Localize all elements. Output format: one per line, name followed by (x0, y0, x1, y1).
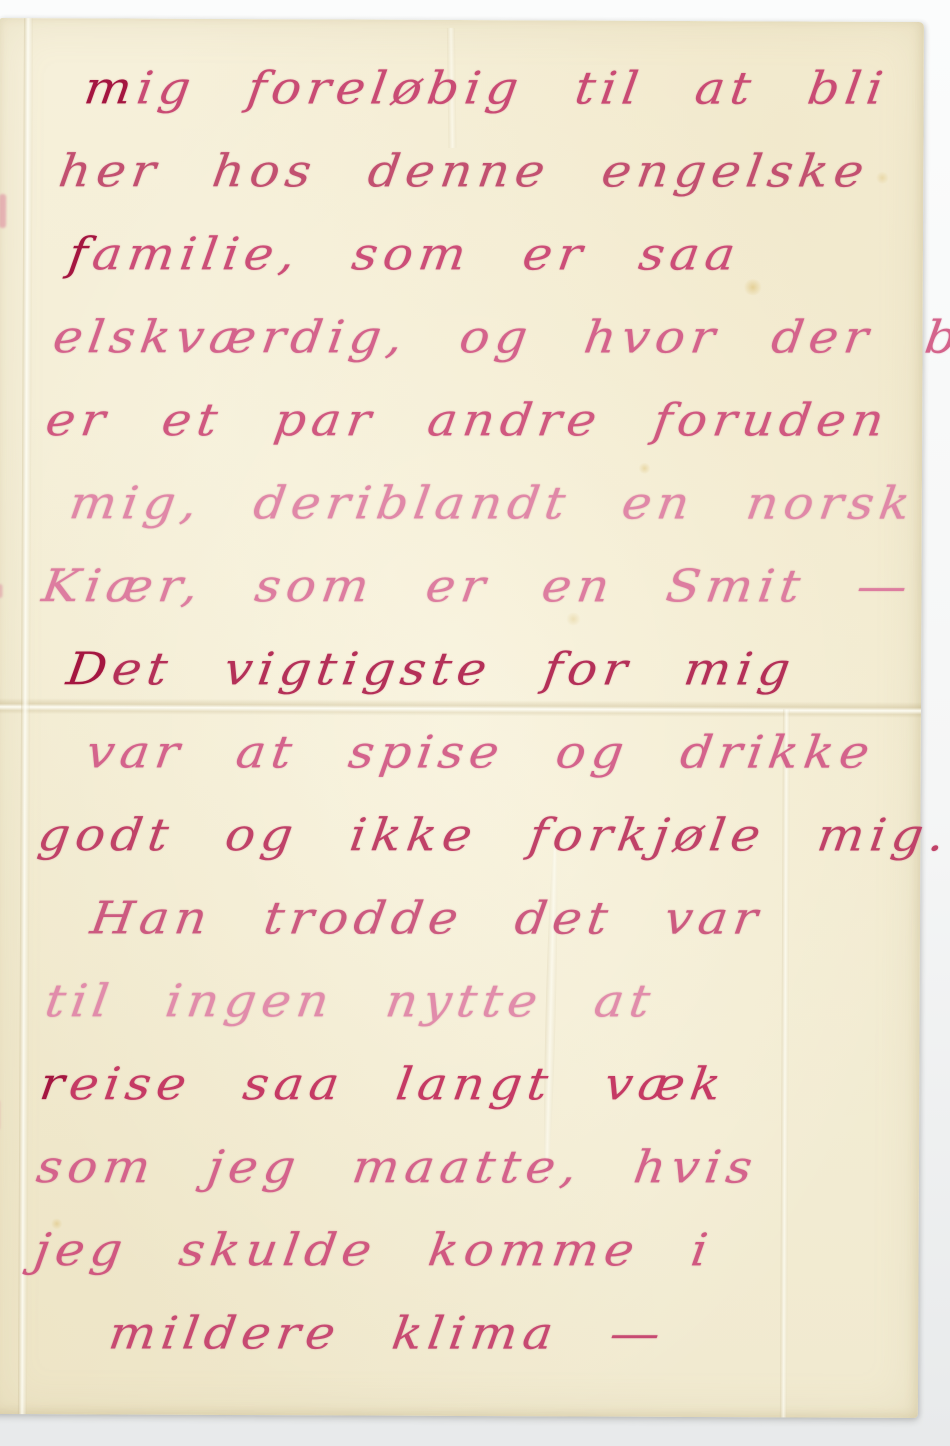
letter-body: mig foreløbig til at bli her hos denne e… (0, 46, 924, 1378)
handwritten-line-14: som jeg maatte, hvis (31, 1125, 950, 1208)
handwritten-line-11: Han trodde det var (85, 876, 950, 959)
handwritten-line-9: var at spise og drikke (81, 710, 950, 793)
handwritten-line-8: Det vigtigste for mig (61, 627, 950, 710)
handwritten-line-4: elskværdig, og hvor der bare (48, 295, 950, 378)
handwritten-line-12: til ingen nytte at (40, 959, 950, 1042)
handwritten-line-7: Kiær, som er en Smit — (37, 544, 950, 627)
handwritten-line-6: mig, deriblandt en norsk (64, 461, 950, 544)
handwritten-line-3: familie, som er saa (63, 212, 950, 295)
handwritten-line-15: jeg skulde komme i (29, 1208, 950, 1291)
letter-page: mig foreløbig til at bli her hos denne e… (0, 18, 924, 1418)
handwritten-line-5: er et par andre foruden (40, 378, 950, 461)
handwritten-line-1: mig foreløbig til at bli (79, 46, 950, 129)
handwritten-line-13: reise saa langt væk (35, 1042, 950, 1125)
handwritten-line-16: mildere klima — (103, 1292, 950, 1375)
handwritten-line-10: godt og ikke forkjøle mig. (33, 793, 950, 876)
scan-background: mig foreløbig til at bli her hos denne e… (0, 0, 950, 1446)
handwritten-line-2: her hos denne engelske (54, 129, 950, 212)
